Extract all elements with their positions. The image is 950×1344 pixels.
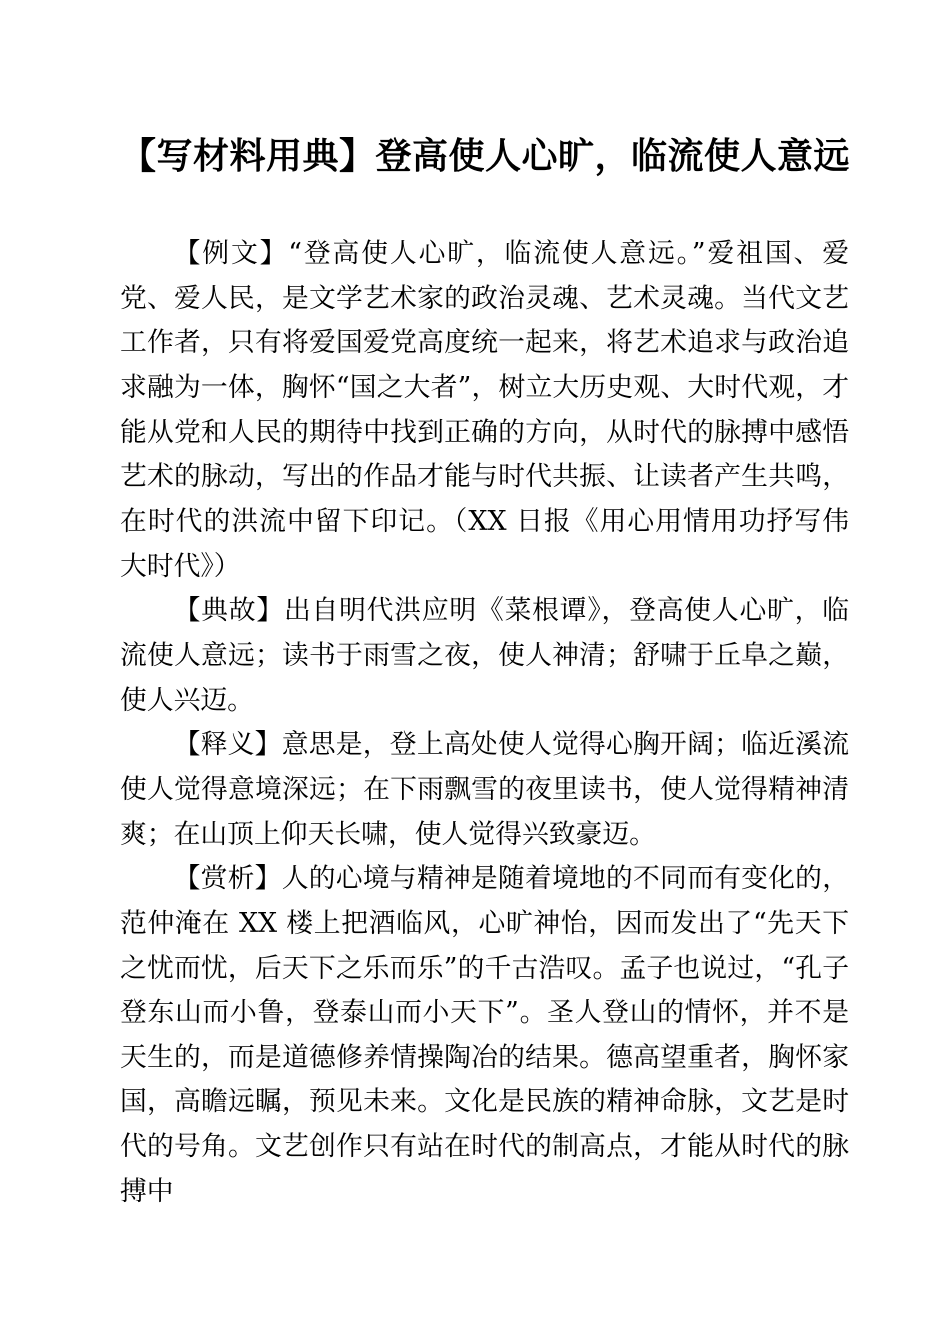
document-body: 【例文】“登高使人心旷，临流使人意远。”爱祖国、爱党、爱人民，是文学艺术家的政治… — [120, 232, 849, 1214]
paragraph-shangxi-label: 【赏析】 — [174, 863, 282, 894]
paragraph-diangu-label: 【典故】 — [174, 595, 284, 626]
paragraph-diangu: 【典故】出自明代洪应明《菜根谭》，登高使人心旷，临流使人意远；读书于雨雪之夜，使… — [120, 589, 849, 723]
document-title: 【写材料用典】登高使人心旷，临流使人意远 — [120, 131, 849, 181]
paragraph-liwen-label: 【例文】 — [174, 238, 289, 269]
paragraph-shangxi-text: 人的心境与精神是随着境地的不同而有变化的，范仲淹在 XX 楼上把酒临风，心旷神怡… — [120, 863, 849, 1207]
document-page: 【写材料用典】登高使人心旷，临流使人意远 【例文】“登高使人心旷，临流使人意远。… — [0, 0, 950, 1344]
paragraph-liwen: 【例文】“登高使人心旷，临流使人意远。”爱祖国、爱党、爱人民，是文学艺术家的政治… — [120, 232, 849, 589]
paragraph-shiyi: 【释义】意思是，登上高处使人觉得心胸开阔；临近溪流使人觉得意境深远；在下雨飘雪的… — [120, 723, 849, 857]
paragraph-shangxi: 【赏析】人的心境与精神是随着境地的不同而有变化的，范仲淹在 XX 楼上把酒临风，… — [120, 857, 849, 1214]
paragraph-liwen-text: “登高使人心旷，临流使人意远。”爱祖国、爱党、爱人民，是文学艺术家的政治灵魂、艺… — [120, 238, 849, 582]
paragraph-shiyi-label: 【释义】 — [174, 729, 282, 760]
